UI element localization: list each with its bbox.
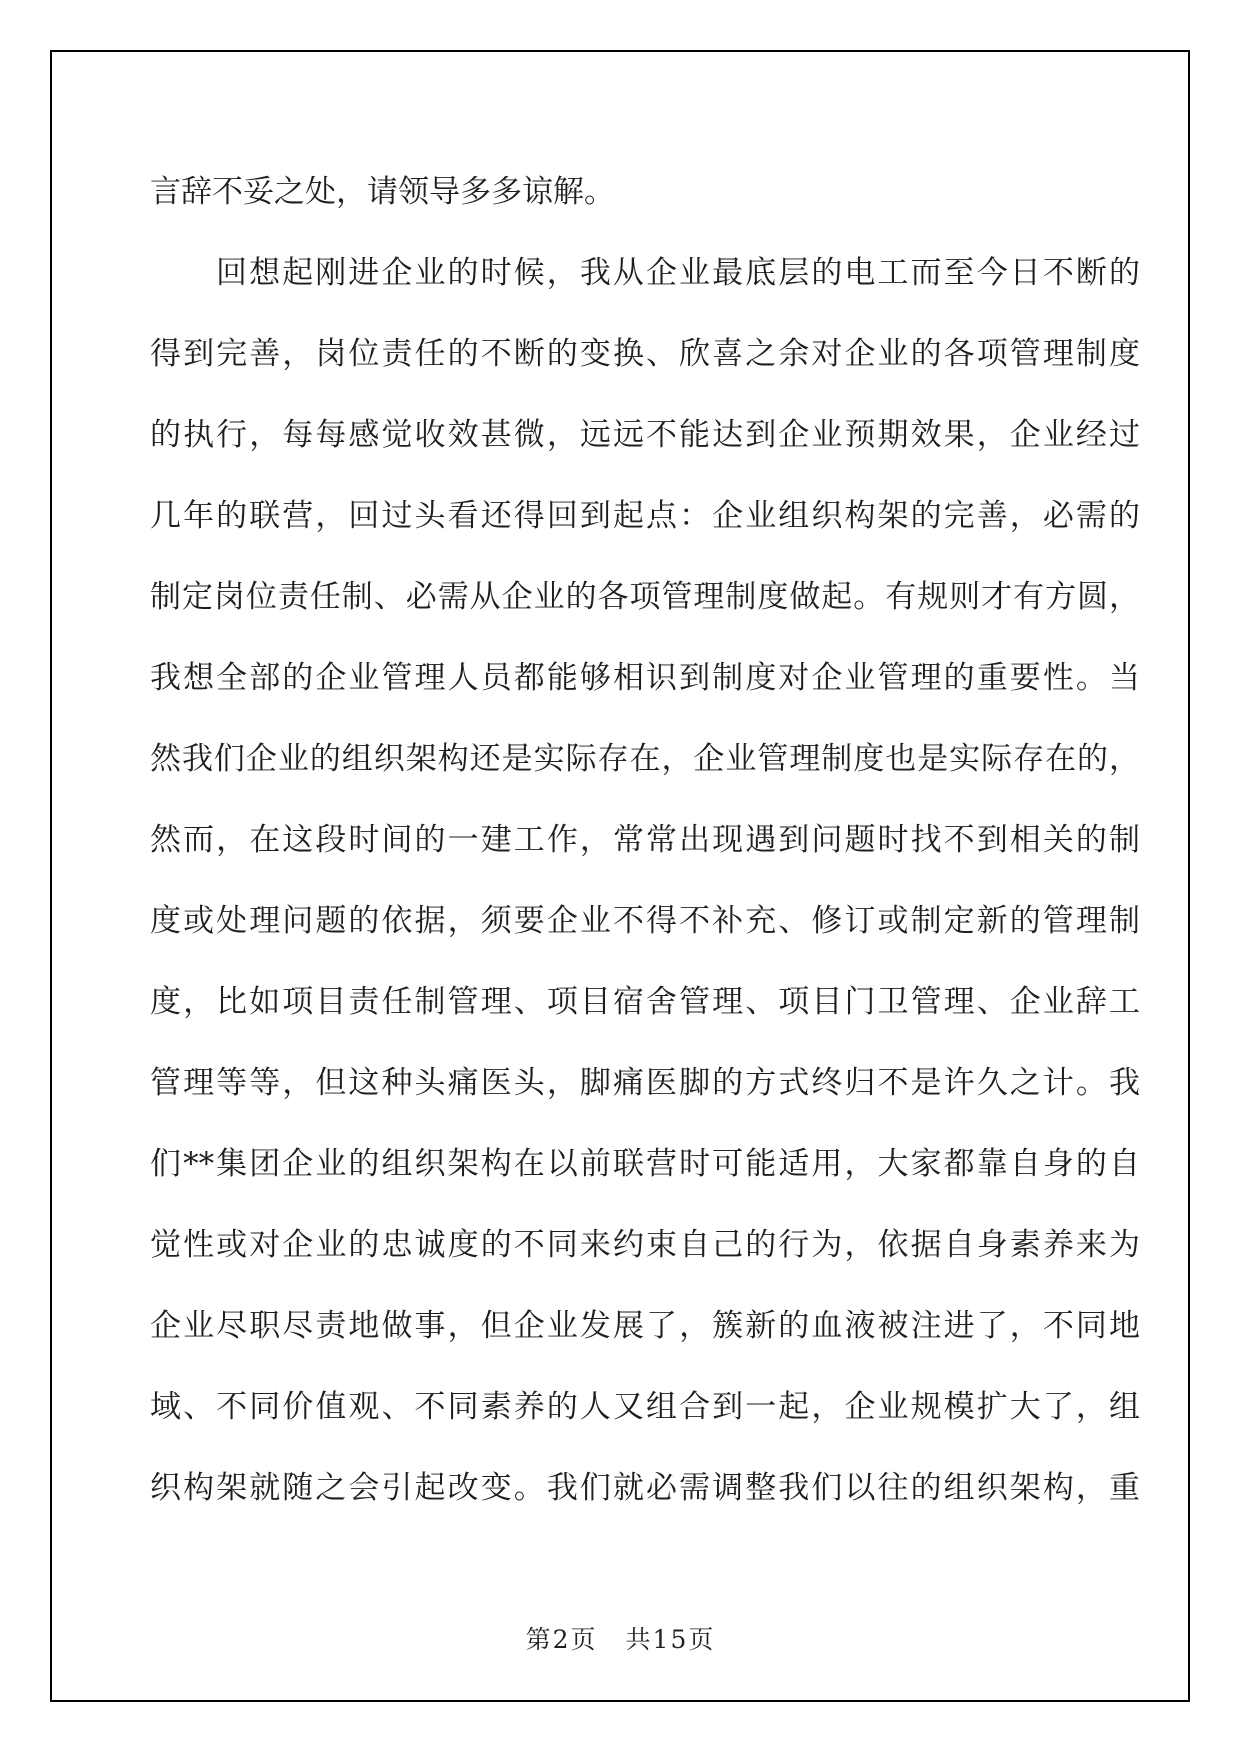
text-line: 然而，在这段时间的一建工作，常常出现遇到问题时找不到相关的制 xyxy=(150,800,1140,881)
text-line: 我想全部的企业管理人员都能够相识到制度对企业管理的重要性。当 xyxy=(150,638,1140,719)
text-line: 管理等等，但这种头痛医头，脚痛医脚的方式终归不是许久之计。我 xyxy=(150,1043,1140,1124)
body-text: 言辞不妥之处，请领导多多谅解。回想起刚进企业的时候，我从企业最底层的电工而至今日… xyxy=(150,152,1140,1529)
text-line: 域、不同价值观、不同素养的人又组合到一起，企业规模扩大了，组 xyxy=(150,1367,1140,1448)
text-line: 言辞不妥之处，请领导多多谅解。 xyxy=(150,152,1140,233)
text-line: 织构架就随之会引起改变。我们就必需调整我们以往的组织架构，重 xyxy=(150,1448,1140,1529)
text-line: 几年的联营，回过头看还得回到起点：企业组织构架的完善，必需的 xyxy=(150,476,1140,557)
text-line: 制定岗位责任制、必需从企业的各项管理制度做起。有规则才有方圆， xyxy=(150,557,1140,638)
page-number: 第2页 xyxy=(526,1625,598,1654)
text-line: 度或处理问题的依据，须要企业不得不补充、修订或制定新的管理制 xyxy=(150,881,1140,962)
text-line: 度，比如项目责任制管理、项目宿舍管理、项目门卫管理、企业辞工 xyxy=(150,962,1140,1043)
document-page: 言辞不妥之处，请领导多多谅解。回想起刚进企业的时候，我从企业最底层的电工而至今日… xyxy=(0,0,1241,1754)
text-line: 然我们企业的组织架构还是实际存在，企业管理制度也是实际存在的， xyxy=(150,719,1140,800)
page-footer: 第2页共15页 xyxy=(0,1618,1241,1662)
text-line: 企业尽职尽责地做事，但企业发展了，簇新的血液被注进了，不同地 xyxy=(150,1286,1140,1367)
text-line: 觉性或对企业的忠诚度的不同来约束自己的行为，依据自身素养来为 xyxy=(150,1205,1140,1286)
text-line: 的执行，每每感觉收效甚微，远远不能达到企业预期效果，企业经过 xyxy=(150,395,1140,476)
text-line: 得到完善，岗位责任的不断的变换、欣喜之余对企业的各项管理制度 xyxy=(150,314,1140,395)
text-line: 们**集团企业的组织架构在以前联营时可能适用，大家都靠自身的自 xyxy=(150,1124,1140,1205)
page-total: 共15页 xyxy=(626,1625,716,1654)
text-line: 回想起刚进企业的时候，我从企业最底层的电工而至今日不断的 xyxy=(150,233,1140,314)
